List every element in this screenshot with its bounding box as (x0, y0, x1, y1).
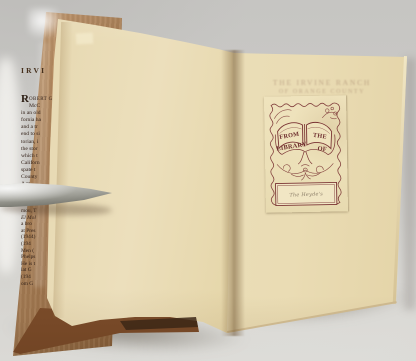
gutter-shadow (221, 50, 245, 336)
bookplate-artwork: FROM THE LIBRARY OF The Heyde's (264, 95, 348, 212)
flap-text-line: and a tr (21, 124, 53, 131)
bookplate-corner-flourishes (274, 107, 337, 123)
book-shadow-wall (404, 58, 416, 310)
flap-text-line: Men ( (21, 248, 36, 255)
bookplate-text-of: OF (317, 145, 327, 153)
photo-open-book-with-bookplate: IRVI R OBERT GMcCin an oldfornia haand a… (0, 0, 416, 361)
flap-text-line: lat G (21, 267, 36, 274)
show-through-title-text: THE IRVINE RANCH OF ORANGE COUNTY (246, 78, 398, 95)
flap-text-line: the stor (21, 146, 53, 153)
show-through-line2: OF ORANGE COUNTY (246, 89, 398, 95)
flap-text-line: McC (21, 103, 53, 110)
bookplate-name-box: The Heyde's (276, 182, 337, 205)
flap-text-line: torian, i (21, 139, 53, 146)
flap-text-line: Phelps (21, 254, 36, 261)
flap-text-line: He is t (21, 261, 36, 268)
flap-text-line: end to si (21, 131, 53, 138)
flap-title-fragment: IRVI (21, 66, 46, 75)
flap-text-line: which t (21, 153, 53, 160)
flap-text-line: om G (21, 281, 36, 288)
flap-text-line: spate t (21, 167, 53, 174)
owner-name-handwriting: The Heyde's (289, 191, 323, 198)
bookplate-scroll-flourish (277, 164, 333, 181)
flap-text-line: Californ (21, 160, 53, 167)
flap-text-line: fornia ha (21, 117, 53, 124)
show-through-line1: THE IRVINE RANCH (246, 78, 398, 87)
flap-text-line: (1944) (21, 234, 36, 241)
flap-paragraph-bio: OBERT GMcCin an oldfornia haand a trend … (21, 96, 53, 188)
flap-text-line: OBERT G (21, 96, 53, 103)
flap-text-line: El Mol (21, 215, 36, 222)
background-light-bounce (0, 58, 20, 273)
bookplate: FROM THE LIBRARY OF The Heyde's (264, 95, 348, 212)
flap-text-line: a bro (21, 221, 36, 228)
flap-text-line: (194 (21, 241, 36, 248)
flap-text-line: County (21, 174, 53, 181)
faint-tape-mark (76, 33, 94, 45)
flap-text-line: (194 (21, 274, 36, 281)
flap-paragraph-works: mou, TEl Mola broat Pres(1944)(194Men (P… (21, 208, 36, 287)
